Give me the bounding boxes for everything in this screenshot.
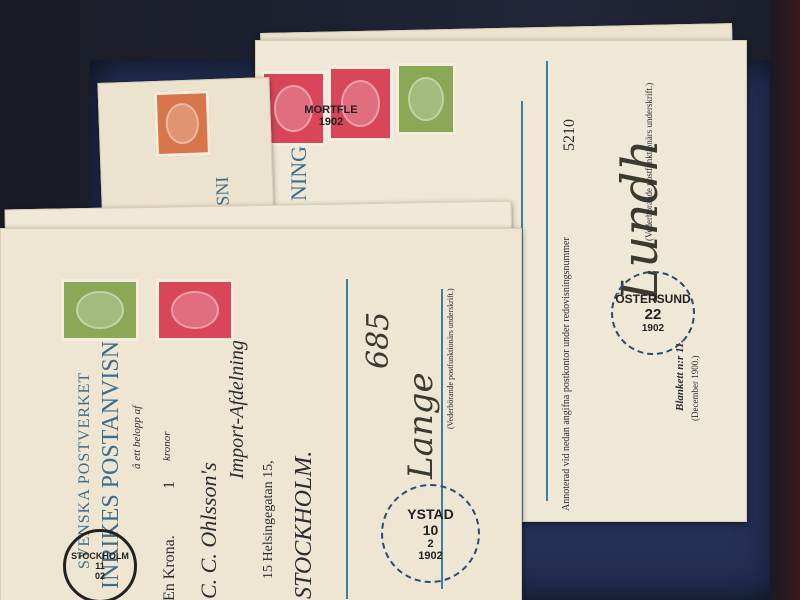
blue-rule <box>546 61 548 501</box>
front-official-note: (Vederbörande postfunktionärs underskrif… <box>446 288 455 429</box>
currency-label: kronor <box>161 431 173 461</box>
form-date: (December 1900.) <box>690 356 700 421</box>
front-form: SVENSKA POSTVERKET INRIKES POSTANVISNING… <box>0 228 522 600</box>
stamp-5-ore-green <box>396 63 456 135</box>
amount-words: En Krona. <box>161 535 179 600</box>
box-edge <box>770 0 800 600</box>
stockholm-postmark: STOCKHOLM 11 02 <box>63 529 137 600</box>
cancel-mark: MORTFLE1902 <box>296 81 366 151</box>
stamp-5-ore-green <box>61 279 139 341</box>
front-signature: Lange <box>401 372 441 479</box>
destination-city: STOCKHOLM. <box>291 451 318 599</box>
ostersund-postmark: ÖSTERSUND 22 1902 <box>611 271 695 355</box>
back-form-title: NING <box>286 146 312 201</box>
payee-name: C. C. Ohlsson's <box>196 462 222 599</box>
form-number: Blankett n:r 11. <box>674 340 686 411</box>
back-account-number: 5210 <box>561 119 579 151</box>
blue-rule <box>346 279 348 599</box>
annotation-text: Annoterad vid nedan angifna postkontor u… <box>561 237 572 511</box>
amount-prompt: å ett belopp af <box>131 406 143 469</box>
stamp-15-ore-orange <box>154 90 211 157</box>
amount-digits: 1 <box>161 481 179 489</box>
street-address: 15 Helsingegatan 15, <box>261 460 277 579</box>
front-account-number: 685 <box>361 312 396 369</box>
department: Import-Afdelning <box>226 340 249 479</box>
back-official-note: (Vederbörande postfunktionärs underskrif… <box>644 83 654 241</box>
ystad-postmark: YSTAD 10 2 1902 <box>381 484 480 583</box>
stamp-10-ore-red <box>156 279 234 341</box>
